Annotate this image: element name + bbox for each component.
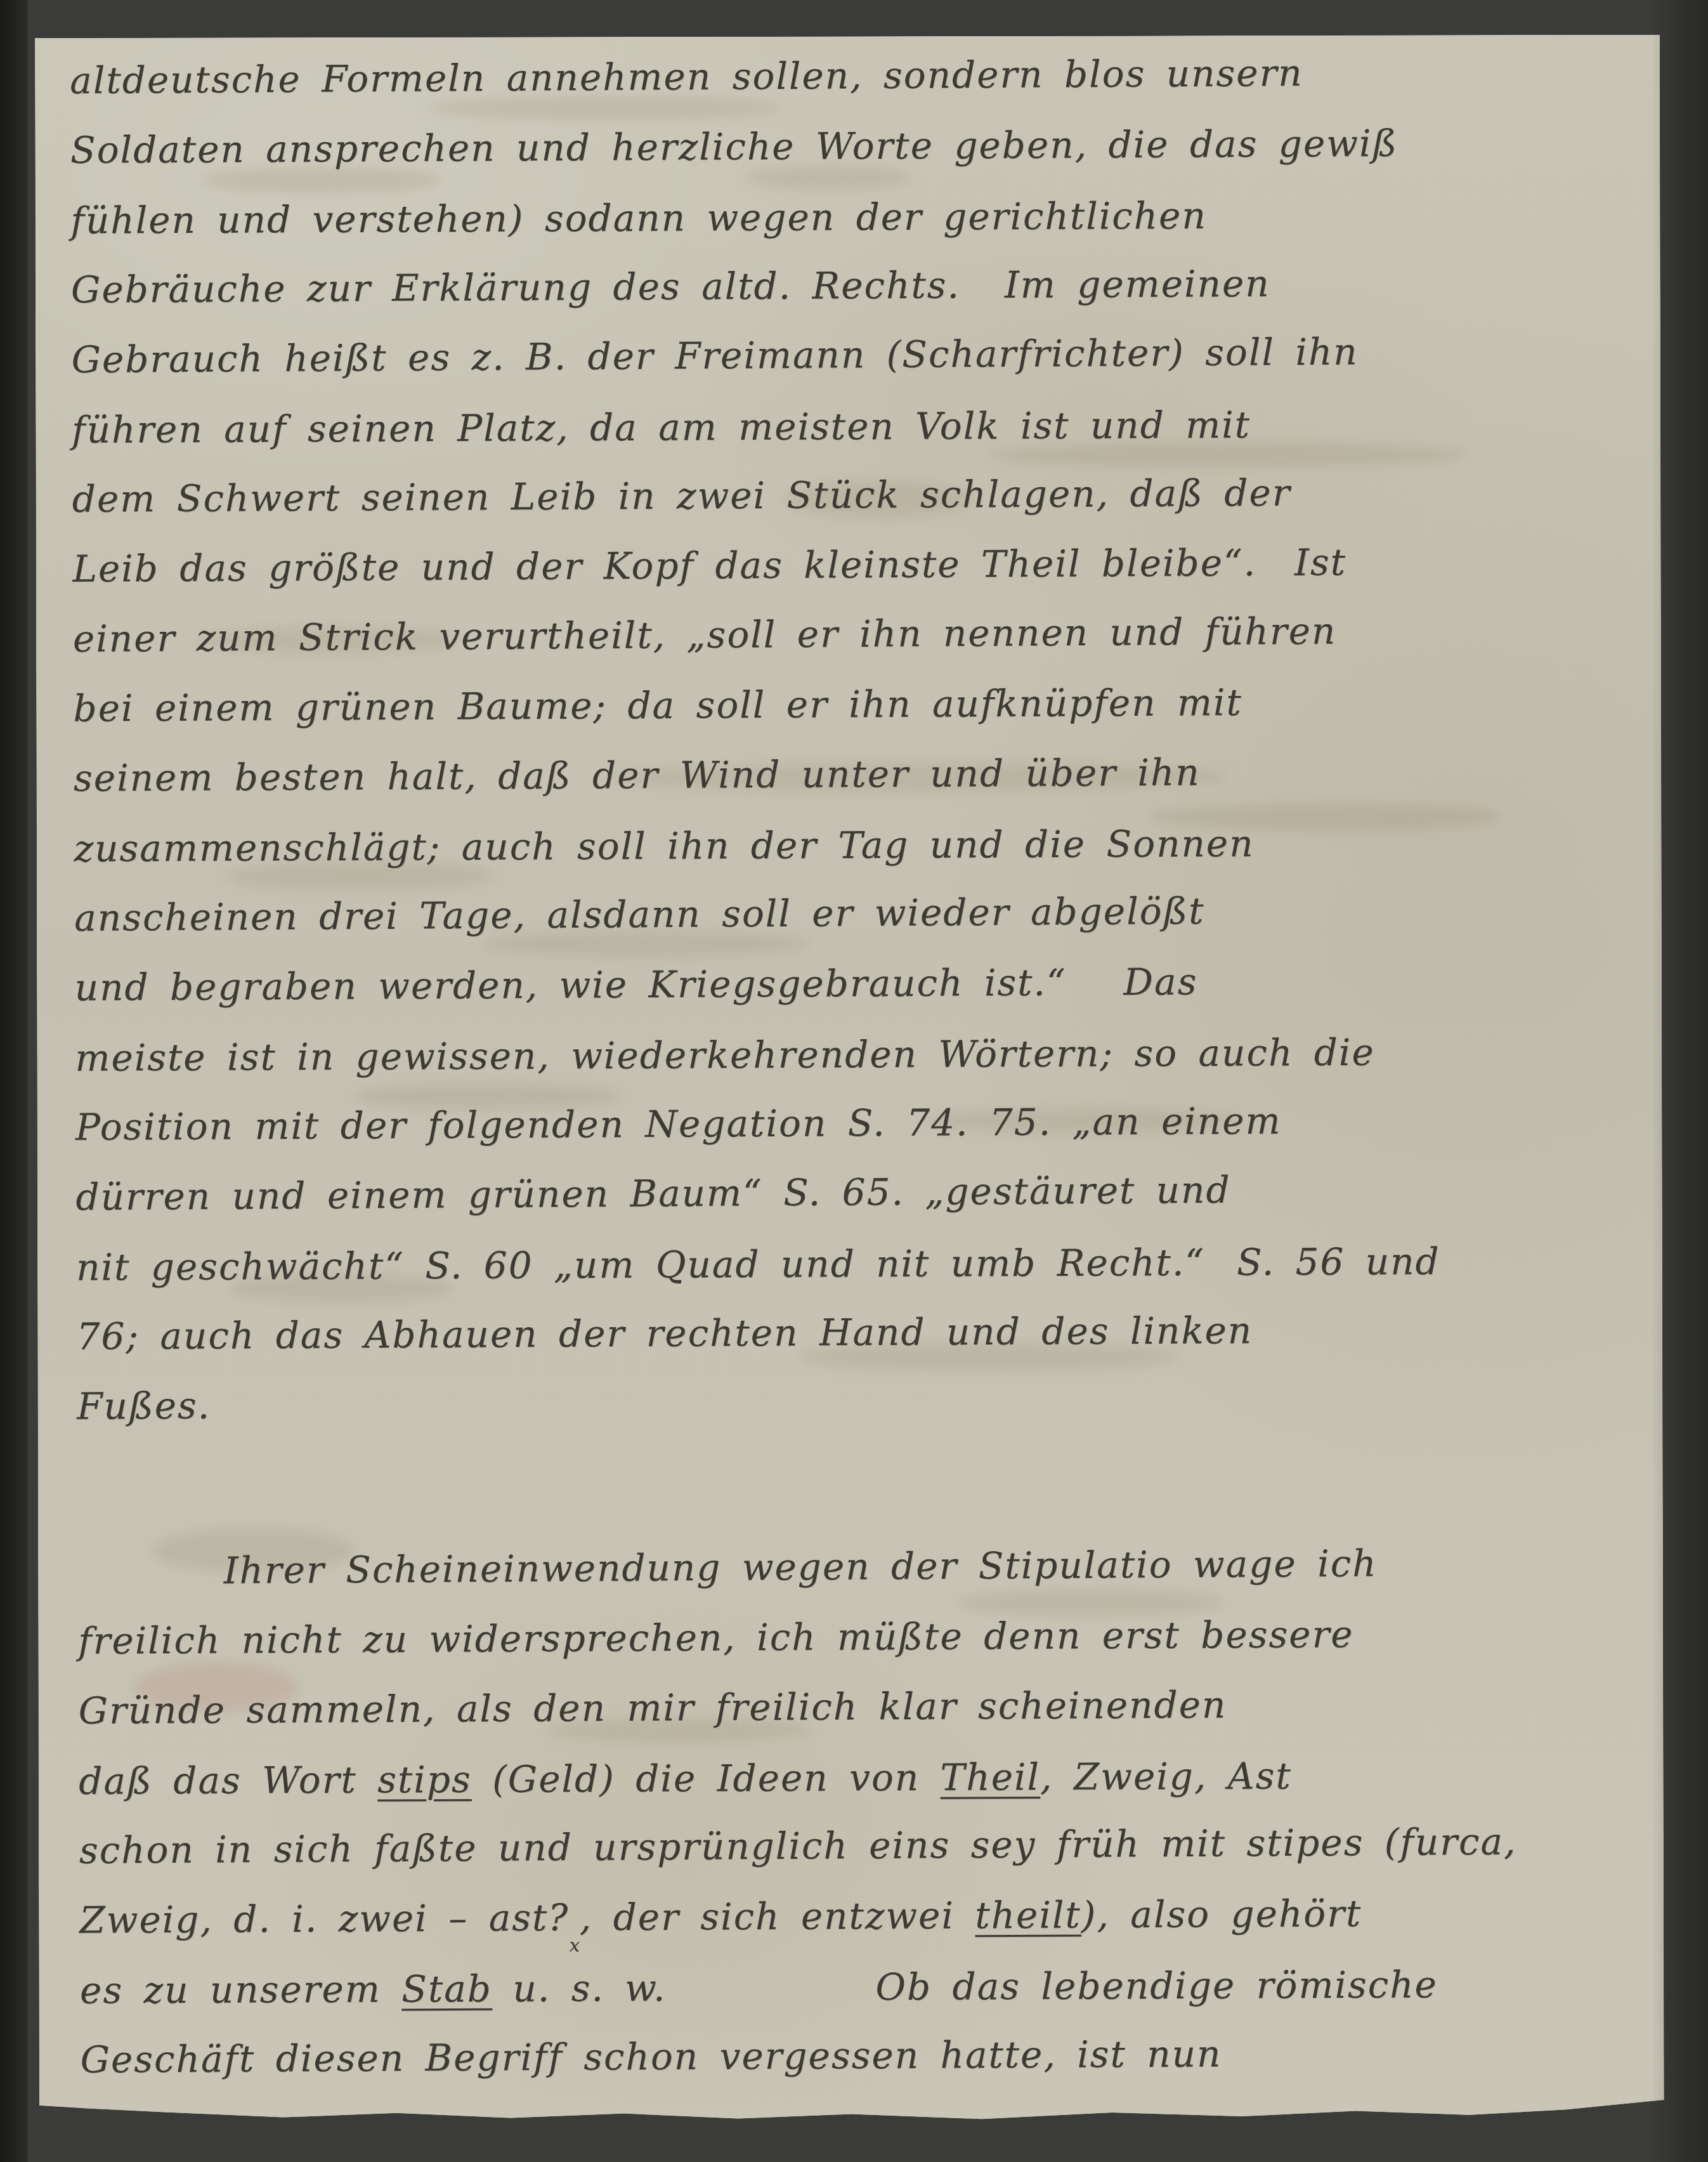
text-run: und begraben werden, wie Kriegsgebrauch … <box>75 961 1067 1009</box>
text-run: (Geld) die Ideen von <box>472 1756 941 1801</box>
text-line: Soldaten ansprechen und herzliche Worte … <box>70 107 1620 185</box>
text-run: Leib das größte und der Kopf das kleinst… <box>72 541 1256 591</box>
text-run: zusammenschlägt; auch soll ihn der Tag u… <box>74 822 1254 870</box>
text-line: seinem besten halt, daß der Wind unter u… <box>74 735 1623 813</box>
text-run: Ist <box>1294 540 1346 584</box>
text-run: Fußes. <box>77 1384 211 1428</box>
text-run: ), also gehört <box>1081 1892 1362 1936</box>
text-run: Ob das lebendige römische <box>875 1963 1438 2008</box>
text-line: freilich nicht zu widersprechen, ich müß… <box>78 1598 1627 1676</box>
text-run: S. 56 und <box>1237 1240 1440 1283</box>
text-run: fühlen und verstehen) sodann wegen der g… <box>70 194 1207 242</box>
text-line: meiste ist in gewissen, wiederkehrenden … <box>75 1016 1624 1093</box>
underlined-word: theilt <box>975 1893 1081 1937</box>
spacing-gap <box>1256 575 1294 575</box>
text-run: freilich nicht zu widersprechen, ich müß… <box>78 1613 1354 1663</box>
text-run: Zweig, d. i. zwei – ast? <box>79 1896 569 1942</box>
text-line: anscheinen drei Tage, alsdann soll er wi… <box>74 874 1624 953</box>
text-line: einer zum Strick verurtheilt, „soll er i… <box>73 594 1622 674</box>
text-run: , der sich entzwei <box>580 1894 975 1939</box>
text-line: Gebrauch heißt es z. B. der Freimann (Sc… <box>71 315 1620 395</box>
spacing-gap <box>1205 1274 1237 1275</box>
text-line: führen auf seinen Platz, da am meisten V… <box>72 388 1620 465</box>
text-run: Gebrauch heißt es z. B. der Freimann (Sc… <box>71 330 1358 381</box>
spacing-gap <box>667 1999 876 2000</box>
scan-background-left-strip <box>0 0 28 2162</box>
text-line: es zu unserem Stab u. s. w.Ob das lebend… <box>80 1949 1629 2026</box>
text-line: Position mit der folgenden Negation S. 7… <box>75 1084 1625 1162</box>
underlined-word: Stab <box>401 1967 492 2011</box>
text-line: Gründe sammeln, als den mir freilich kla… <box>78 1668 1627 1746</box>
inline-mark: x <box>570 1934 580 1956</box>
text-run: 76; auch das Abhauen der rechten Hand un… <box>76 1309 1253 1358</box>
letter-page: altdeutsche Formeln annehmen sollen, son… <box>35 35 1664 2122</box>
text-line: 76; auch das Abhauen der rechten Hand un… <box>76 1294 1626 1372</box>
text-run: Gebräuche zur Erklärung des altd. Rechts… <box>71 263 960 311</box>
text-run: , Zweig, Ast <box>1040 1754 1292 1798</box>
underlined-word: stips <box>377 1758 472 1802</box>
underlined-word: Theil <box>940 1755 1040 1799</box>
text-run: nit geschwächt“ S. 60 „um Quad und nit u… <box>76 1241 1205 1289</box>
text-line: Gebräuche zur Erklärung des altd. Rechts… <box>71 247 1620 325</box>
text-line: Ihrer Scheineinwendung wegen der Stipula… <box>223 1527 1627 1606</box>
spacing-gap <box>960 297 1005 298</box>
text-line: und begraben werden, wie Kriegsgebrauch … <box>74 945 1624 1023</box>
text-run: meiste ist in gewissen, wiederkehrenden … <box>75 1031 1375 1080</box>
text-run: dürren und einem grünen Baum“ S. 65. „ge… <box>75 1169 1230 1219</box>
text-run: Position mit der folgenden Negation S. 7… <box>75 1099 1282 1149</box>
text-line: fühlen und verstehen) sodann wegen der g… <box>70 179 1619 256</box>
text-line: dem Schwert seinen Leib in zwei Stück sc… <box>72 456 1621 534</box>
text-line: nit geschwächt“ S. 60 „um Quad und nit u… <box>76 1226 1625 1302</box>
text-run: einer zum Strick verurtheilt, „soll er i… <box>73 609 1337 660</box>
text-run: Geschäft diesen Begriff schon vergessen … <box>80 2032 1222 2081</box>
scan-background-right-shade <box>1651 0 1708 2162</box>
text-line: Leib das größte und der Kopf das kleinst… <box>72 526 1622 604</box>
text-run: Das <box>1123 960 1197 1004</box>
spacing-gap <box>1067 994 1124 995</box>
text-run: führen auf seinen Platz, da am meisten V… <box>72 403 1251 452</box>
text-run: Ihrer Scheineinwendung wegen der Stipula… <box>223 1542 1377 1592</box>
text-line: altdeutsche Formeln annehmen sollen, son… <box>70 36 1619 115</box>
text-run: bei einem grünen Baume; da soll er ihn a… <box>73 681 1242 730</box>
text-line: bei einem grünen Baume; da soll er ihn a… <box>73 665 1622 744</box>
text-run: seinem besten halt, daß der Wind unter u… <box>74 750 1201 799</box>
text-run: Gründe sammeln, als den mir freilich kla… <box>79 1683 1227 1732</box>
handwriting-lines: altdeutsche Formeln annehmen sollen, son… <box>70 37 1629 2095</box>
text-run: Soldaten ansprechen und herzliche Worte … <box>70 122 1398 172</box>
text-run: u. s. w. <box>492 1967 667 2010</box>
text-run: altdeutsche Formeln annehmen sollen, son… <box>70 51 1303 102</box>
text-run: dem Schwert seinen Leib in zwei Stück sc… <box>72 471 1291 521</box>
text-line: schon in sich faßte und ursprünglich ein… <box>79 1806 1629 1885</box>
text-run: es zu unserem <box>80 1967 401 2012</box>
text-run: Im gemeinen <box>1005 262 1270 306</box>
text-run: schon in sich faßte und ursprünglich ein… <box>79 1820 1517 1872</box>
text-line: Fußes. <box>77 1363 1626 1441</box>
text-line: Zweig, d. i. zwei – ast?x, der sich entz… <box>79 1877 1629 1955</box>
text-line: zusammenschlägt; auch soll ihn der Tag u… <box>74 807 1622 884</box>
text-run: daß das Wort <box>79 1759 377 1803</box>
text-line: dürren und einem grünen Baum“ S. 65. „ge… <box>75 1153 1625 1232</box>
text-line: Geschäft diesen Begriff schon vergessen … <box>80 2017 1629 2095</box>
text-line: daß das Wort stips (Geld) die Ideen von … <box>79 1739 1627 1816</box>
text-run: anscheinen drei Tage, alsdann soll er wi… <box>74 889 1205 940</box>
